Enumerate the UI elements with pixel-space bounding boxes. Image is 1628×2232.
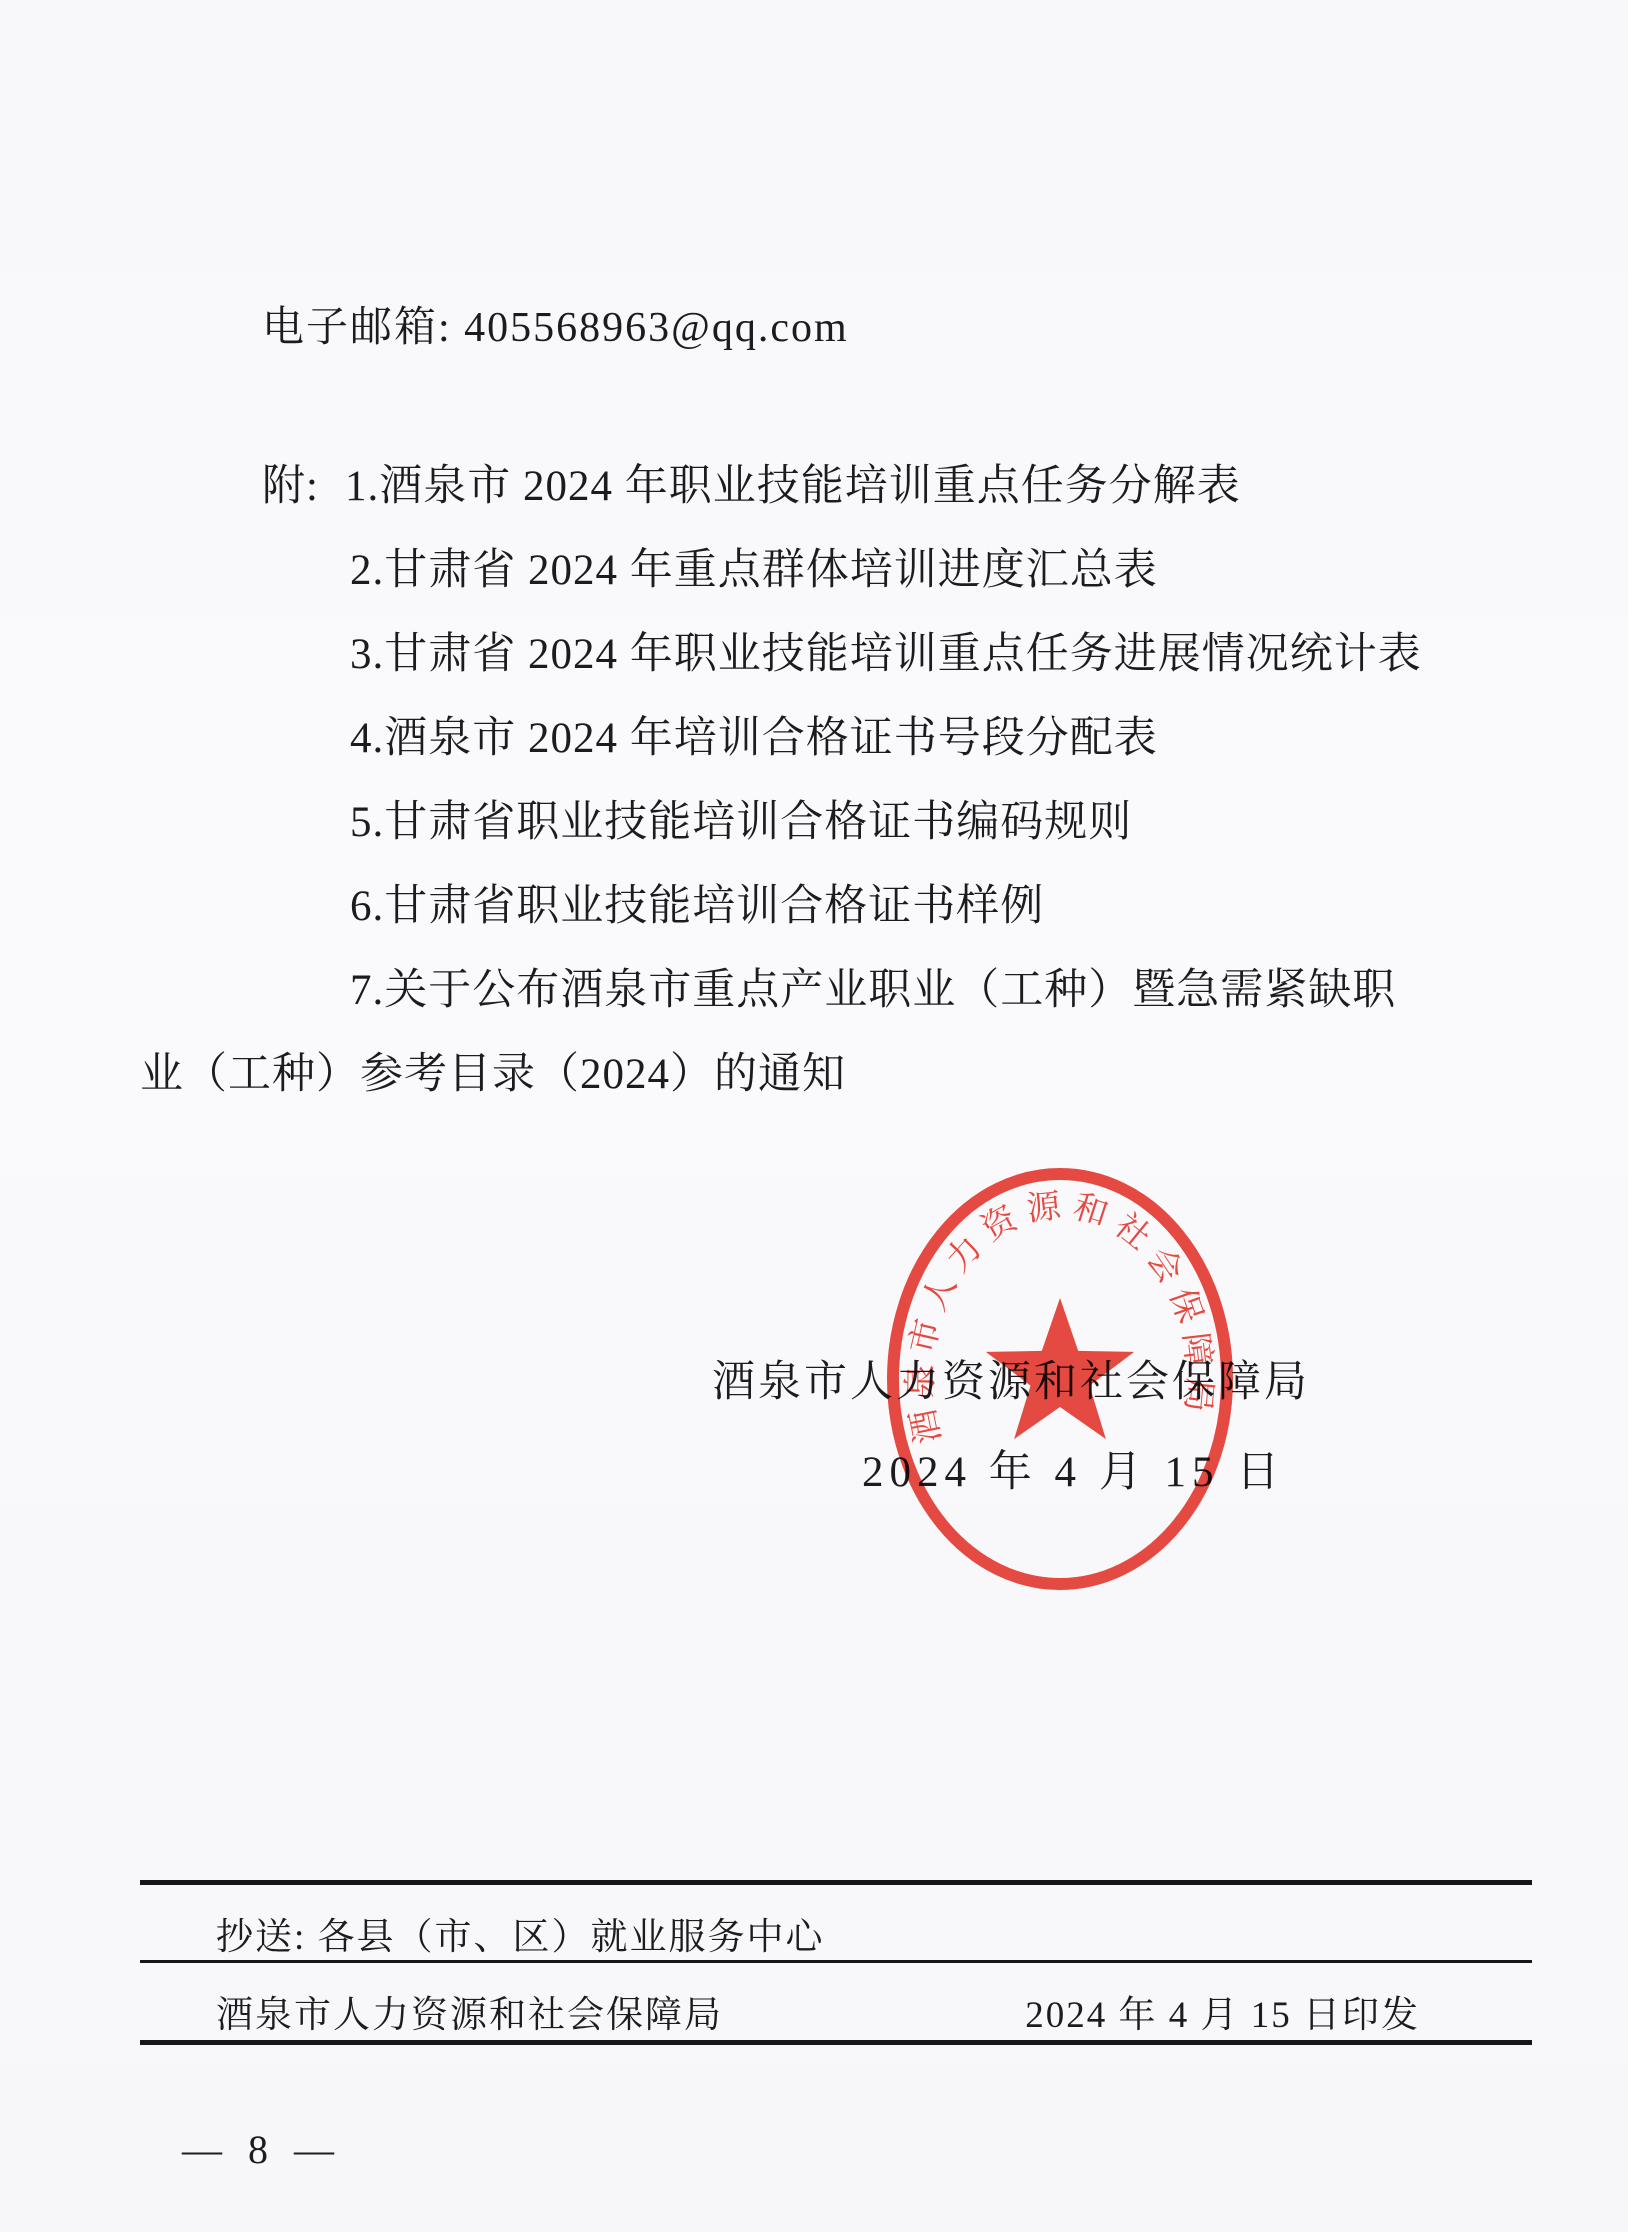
attachments-first-line: 附: 1.酒泉市 2024 年职业技能培训重点任务分解表 [262, 452, 1241, 513]
footer-rule-top [140, 1880, 1532, 1885]
attachment-item-3: 3.甘肃省 2024 年职业技能培训重点任务进展情况统计表 [350, 620, 1422, 681]
attachment-item-6: 6.甘肃省职业技能培训合格证书样例 [350, 872, 1044, 933]
page-number: — 8 — [182, 2126, 334, 2173]
attachment-item-1: 1.酒泉市 2024 年职业技能培训重点任务分解表 [345, 452, 1241, 513]
attachment-item-5: 5.甘肃省职业技能培训合格证书编码规则 [350, 788, 1132, 849]
footer-rule-middle [140, 1960, 1532, 1963]
footer-rule-bottom [140, 2040, 1532, 2045]
email-line: 电子邮箱: 405568963@qq.com [262, 294, 849, 354]
attachment-item-7-wrap: 业（工种）参考目录（2024）的通知 [140, 1040, 846, 1101]
document-page: 电子邮箱: 405568963@qq.com 附: 1.酒泉市 2024 年职业… [0, 0, 1628, 2232]
signature-date: 2024 年 4 月 15 日 [862, 1438, 1285, 1499]
issue-row: 酒泉市人力资源和社会保障局 2024 年 4 月 15 日印发 [216, 1984, 1420, 2038]
signature-org: 酒泉市人力资源和社会保障局 [712, 1348, 1310, 1409]
attachment-item-2: 2.甘肃省 2024 年重点群体培训进度汇总表 [350, 536, 1158, 597]
issuer-name: 酒泉市人力资源和社会保障局 [216, 1984, 723, 2038]
attachment-item-7: 7.关于公布酒泉市重点产业职业（工种）暨急需紧缺职 [350, 956, 1396, 1017]
attachment-item-4: 4.酒泉市 2024 年培训合格证书号段分配表 [350, 704, 1158, 765]
print-date: 2024 年 4 月 15 日印发 [1025, 1984, 1420, 2038]
attachments-label: 附: [262, 452, 319, 513]
cc-line: 抄送: 各县（市、区）就业服务中心 [216, 1906, 825, 1960]
